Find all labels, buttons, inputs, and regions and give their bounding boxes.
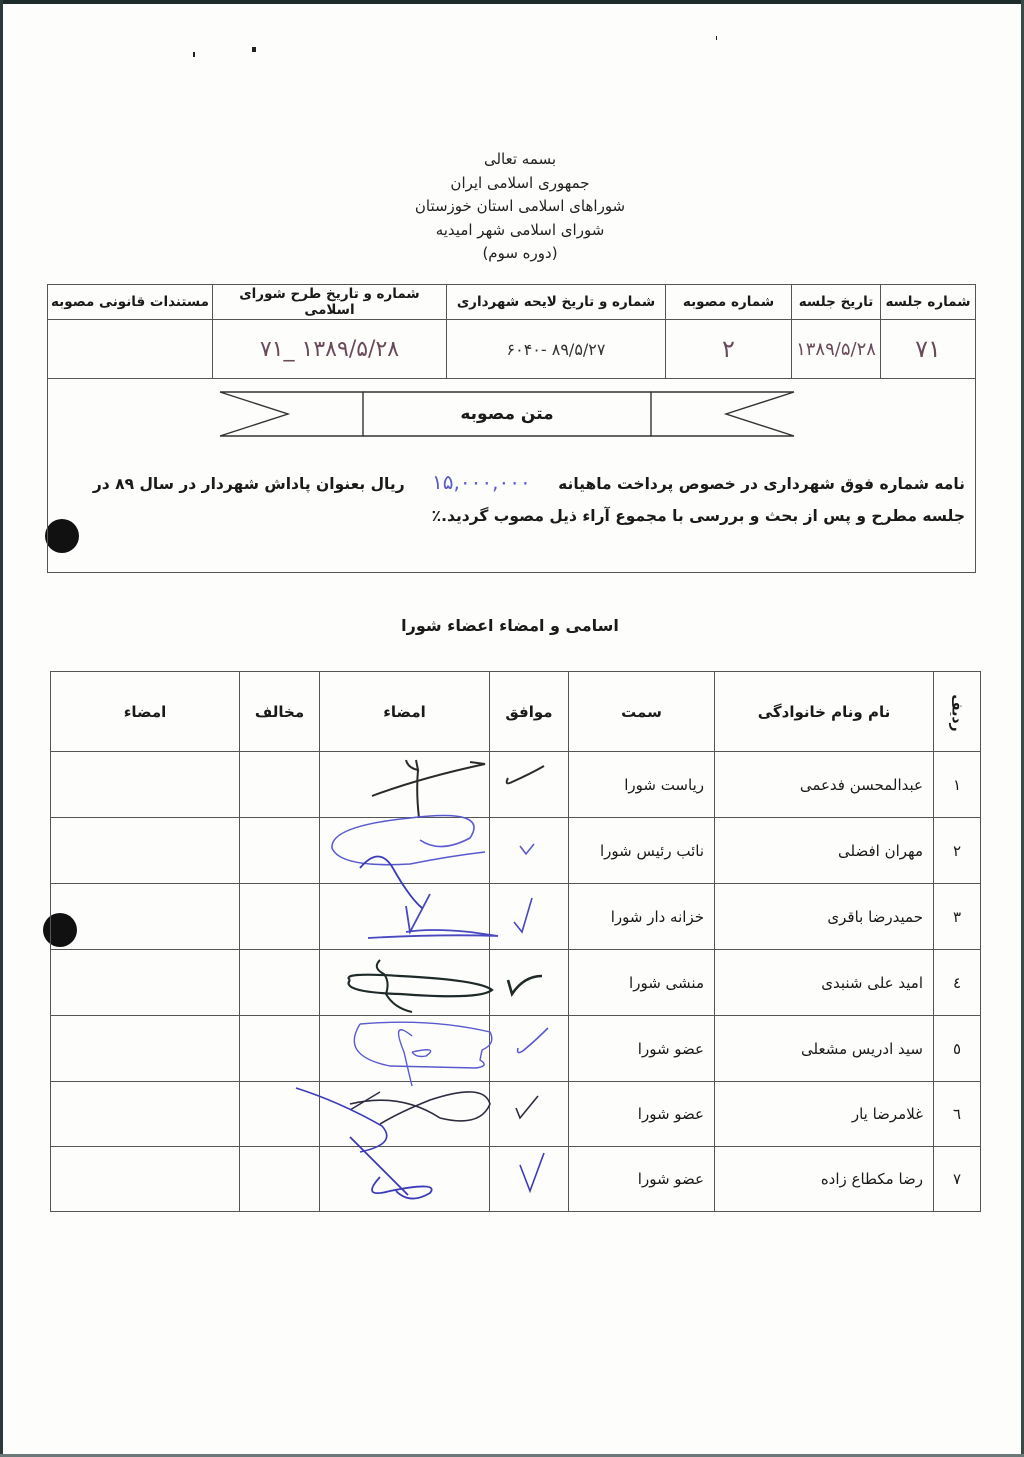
agree-check [490,1016,569,1082]
member-row: ۱ عبدالمحسن فدعمی ریاست شورا [51,752,981,818]
oppose-signature-cell [51,818,240,884]
header-council-plan: شماره و تاریخ طرح شورای اسلامی [213,285,447,320]
oppose-cell [240,1016,320,1082]
member-role: عضو شورا [569,1082,715,1147]
session-number-value: ۷۱ [881,320,976,379]
header-legal-docs: مستندات قانونی مصوبه [48,285,213,320]
legal-docs-value [48,320,213,379]
signature-cell [320,1082,490,1147]
signature-mark-icon [320,1147,489,1209]
member-name: غلامرضا یار [715,1082,934,1147]
council-term: (دوره سوم) [380,242,660,266]
oppose-signature-cell [51,950,240,1016]
oppose-cell [240,884,320,950]
oppose-signature-cell [51,1016,240,1082]
signature-mark-icon [320,752,489,818]
municipal-bill-value: ۸۹/۵/۲۷ -۶۰۴۰ [447,320,666,379]
country-name: جمهوری اسلامی ایران [380,172,660,196]
header-row-number: ردیف [934,672,981,752]
resolution-text-box: متن مصوبه نامه شماره فوق شهرداری در خصوص… [47,378,976,573]
member-role: عضو شورا [569,1147,715,1212]
checkmark-icon [490,818,568,884]
header-row-number-label: ردیف [949,694,965,731]
meta-value-row: ۷۱ ۱۳۸۹/۵/۲۸ ۲ ۸۹/۵/۲۷ -۶۰۴۰ ۱۳۸۹/۵/۲۸ _… [48,320,976,379]
scan-edge-top [0,0,1024,4]
signature-cell [320,818,490,884]
checkmark-icon [490,1016,568,1082]
scan-speck [193,52,195,57]
agree-check [490,950,569,1016]
scan-speck [716,36,717,40]
member-role: ریاست شورا [569,752,715,818]
member-row: ٦ غلامرضا یار عضو شورا [51,1082,981,1147]
oppose-cell [240,818,320,884]
member-row: ۲ مهران افضلی نائب رئیس شورا [51,818,981,884]
resolution-text: نامه شماره فوق شهرداری در خصوص پرداخت ما… [55,466,965,532]
agree-check [490,1147,569,1212]
members-signature-table: ردیف نام ونام خانوادگی سمت موافق امضاء م… [50,671,981,1212]
signature-mark-icon [320,884,489,950]
header-oppose: مخالف [240,672,320,752]
member-name: رضا مکطاع زاده [715,1147,934,1212]
member-role: عضو شورا [569,1016,715,1082]
checkmark-icon [490,884,568,950]
council-plan-value: ۱۳۸۹/۵/۲۸ _۷۱ [213,320,447,379]
member-row-number: ۲ [934,818,981,884]
members-header-row: ردیف نام ونام خانوادگی سمت موافق امضاء م… [51,672,981,752]
invocation: بسمه تعالی [380,148,660,172]
signature-cell [320,950,490,1016]
header-session-date: تاریخ جلسه [792,285,881,320]
city-council: شورای اسلامی شهر امیدیه [380,219,660,243]
agree-check [490,884,569,950]
letterhead: بسمه تعالی جمهوری اسلامی ایران شوراهای ا… [380,148,660,266]
oppose-cell [240,1147,320,1212]
resolution-banner-title: متن مصوبه [363,390,651,438]
oppose-cell [240,752,320,818]
resolution-meta-table: شماره جلسه تاریخ جلسه شماره مصوبه شماره … [47,284,976,379]
checkmark-icon [490,1082,568,1144]
checkmark-icon [490,950,568,1016]
member-role: منشی شورا [569,950,715,1016]
members-section-title: اسامی و امضاء اعضاء شورا [380,616,640,635]
signature-cell [320,752,490,818]
session-date-value: ۱۳۸۹/۵/۲۸ [792,320,881,379]
scan-edge-left [0,0,3,1457]
member-name: سید ادریس مشعلی [715,1016,934,1082]
member-row-number: ٦ [934,1082,981,1147]
checkmark-icon [490,1147,568,1209]
header-agree: موافق [490,672,569,752]
member-name: امید علی شنبدی [715,950,934,1016]
handwritten-amount: ۱۵,۰۰۰,۰۰۰ [432,466,531,498]
header-role: سمت [569,672,715,752]
header-signature: امضاء [320,672,490,752]
header-resolution-number: شماره مصوبه [666,285,792,320]
member-row-number: ۷ [934,1147,981,1212]
member-row: ۷ رضا مکطاع زاده عضو شورا [51,1147,981,1212]
oppose-signature-cell [51,752,240,818]
signature-cell [320,1147,490,1212]
member-name: عبدالمحسن فدعمی [715,752,934,818]
member-role: خزانه دار شورا [569,884,715,950]
member-row-number: ٤ [934,950,981,1016]
header-municipal-bill: شماره و تاریخ لایحه شهرداری [447,285,666,320]
oppose-signature-cell [51,1147,240,1212]
resolution-banner: متن مصوبه [218,390,796,438]
signature-mark-icon [320,1016,489,1082]
resolution-text-part1: نامه شماره فوق شهرداری در خصوص پرداخت ما… [558,475,965,493]
member-name: حمیدرضا باقری [715,884,934,950]
member-role: نائب رئیس شورا [569,818,715,884]
member-row-number: ٥ [934,1016,981,1082]
member-row: ٥ سید ادریس مشعلی عضو شورا [51,1016,981,1082]
resolution-number-value: ۲ [666,320,792,379]
meta-header-row: شماره جلسه تاریخ جلسه شماره مصوبه شماره … [48,285,976,320]
province-councils: شوراهای اسلامی استان خوزستان [380,195,660,219]
signature-mark-icon [320,1082,489,1144]
header-name: نام ونام خانوادگی [715,672,934,752]
header-signature-2: امضاء [51,672,240,752]
header-session-number: شماره جلسه [881,285,976,320]
agree-check [490,1082,569,1147]
checkmark-icon [490,752,568,818]
signature-cell [320,884,490,950]
oppose-signature-cell [51,884,240,950]
member-row-number: ۱ [934,752,981,818]
member-row: ۳ حمیدرضا باقری خزانه دار شورا [51,884,981,950]
member-row: ٤ امید علی شنبدی منشی شورا [51,950,981,1016]
signature-cell [320,1016,490,1082]
member-name: مهران افضلی [715,818,934,884]
signature-mark-icon [320,950,489,1016]
oppose-signature-cell [51,1082,240,1147]
scan-speck [252,47,256,52]
oppose-cell [240,950,320,1016]
agree-check [490,752,569,818]
member-row-number: ۳ [934,884,981,950]
signature-mark-icon [320,818,489,884]
agree-check [490,818,569,884]
